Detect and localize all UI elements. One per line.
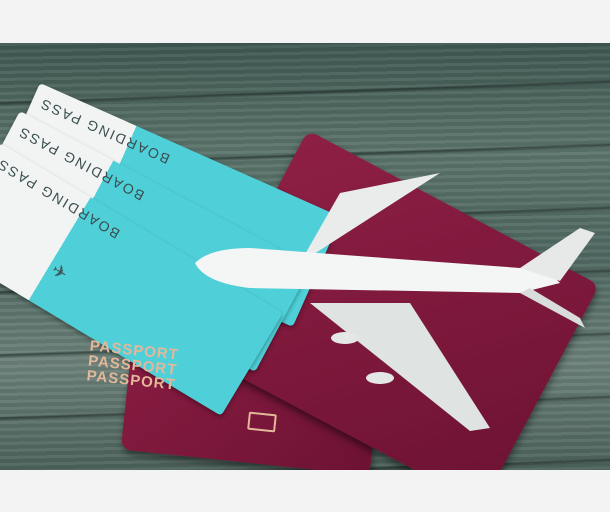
passport-cover-text: PASSPORT PASSPORT PASSPORT <box>86 338 180 392</box>
airplane-icon: ✈ <box>47 260 71 286</box>
travel-photo: BOARDING PASS ✈ BOARDING PASS ✈ BOARDING… <box>0 43 610 470</box>
toy-airplane <box>190 153 610 443</box>
